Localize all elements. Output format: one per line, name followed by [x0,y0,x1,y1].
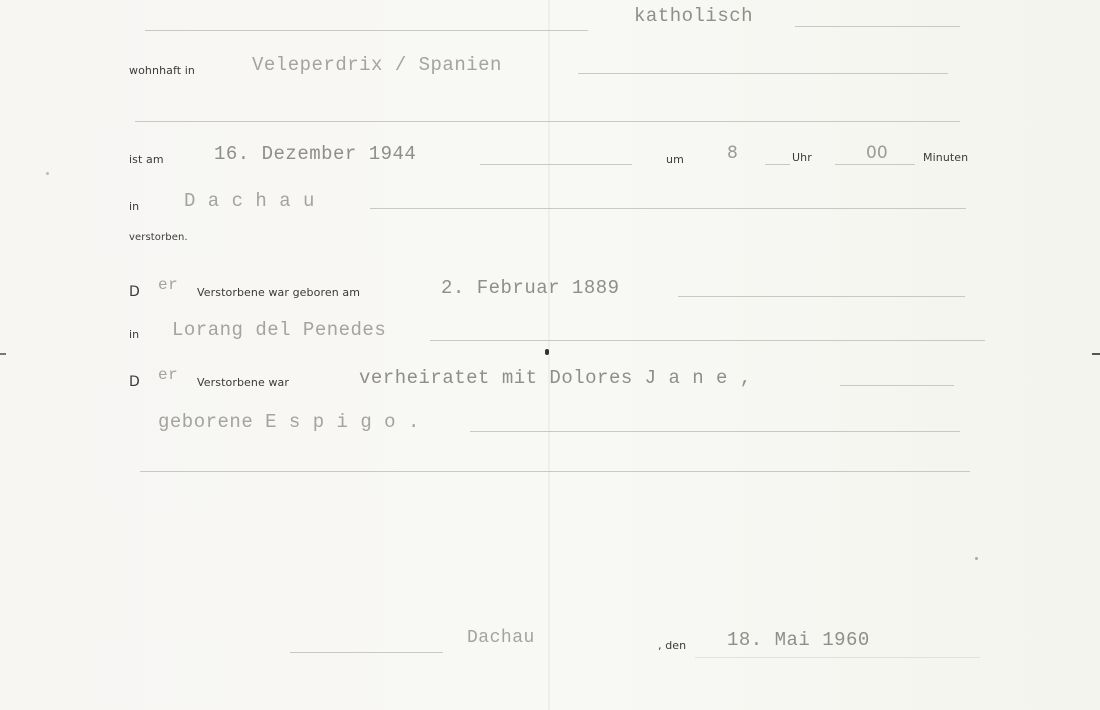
birth-prefix-typed: er [158,276,178,294]
maiden-name-value: geborene E s p i g o . [158,411,420,433]
minutes-label: Minuten [923,151,968,164]
marital-line [840,385,954,386]
issue-place-value: Dachau [467,628,535,648]
time-at-label: um [666,153,684,166]
hour-label: Uhr [792,151,812,164]
residence-line-2 [135,121,960,122]
died-label: verstorben. [129,232,188,243]
margin-mark-right [1092,353,1100,355]
religion-line-right [795,26,960,27]
ink-dot [545,349,549,355]
marital-status-value: verheiratet mit Dolores J a n e , [359,367,752,389]
speck-right [975,557,978,560]
death-place-value: D a c h a u [184,190,315,212]
marital-prefix-typed: er [158,366,178,384]
death-minutes-value: 00 [866,143,888,163]
margin-mark-left [0,353,6,355]
residence-value: Veleperdrix / Spanien [252,54,502,76]
death-place-line [370,208,966,209]
death-hour-value: 8 [727,143,738,163]
death-date-line [480,164,632,165]
marital-prefix-d: D [129,374,140,390]
hour-line [765,164,790,165]
residence-line [578,73,948,74]
birth-place-label: in [129,328,139,341]
marital-label: Verstorbene war [197,376,289,389]
maiden-name-line [470,431,960,432]
birth-label: Verstorbene war geboren am [197,286,360,299]
death-date-value: 16. Dezember 1944 [214,143,416,165]
birth-date-value: 2. Februar 1889 [441,277,620,299]
issue-date-value: 18. Mai 1960 [727,629,870,651]
birth-date-line [678,296,965,297]
residence-label: wohnhaft in [129,64,195,77]
religion-value: katholisch [634,5,753,27]
issue-date-line [695,657,980,658]
speck-left [46,172,49,175]
birth-place-line [430,340,985,341]
birth-prefix-d: D [129,284,140,300]
issue-place-line [290,652,443,653]
paper-fold [548,0,550,710]
religion-line-left [145,30,588,31]
death-date-label: ist am [129,153,164,166]
blank-line [140,471,970,472]
death-certificate-page: katholisch wohnhaft in Veleperdrix / Spa… [0,0,1100,710]
issue-date-label: , den [658,639,686,652]
death-place-label: in [129,200,139,213]
birth-place-value: Lorang del Penedes [172,319,386,341]
minutes-line [835,164,915,165]
